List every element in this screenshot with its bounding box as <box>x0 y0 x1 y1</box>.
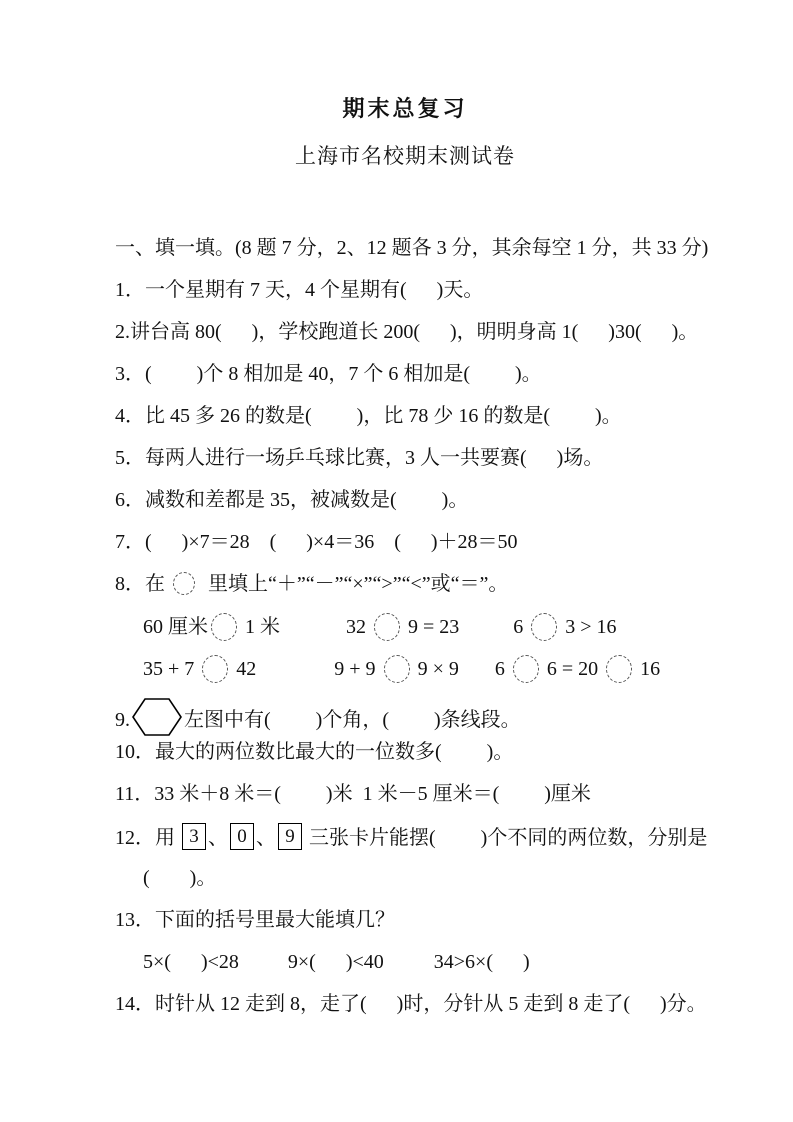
text-segment: 3．( )个 8 相加是 40，7 个 6 相加是( )。 <box>115 363 542 385</box>
text-segment: 4．比 45 多 26 的数是( )，比 78 少 16 的数是( )。 <box>115 405 622 427</box>
question-8-row-2: 35 + 7 429 + 9 9 × 96 6 = 20 16 <box>115 655 705 681</box>
text-segment: 13．下面的括号里最大能填几？ <box>115 909 395 931</box>
text-segment: 9. <box>115 709 130 731</box>
blank-circle-icon <box>211 613 237 641</box>
text-segment: 60 厘米 <box>143 616 208 638</box>
question-5: 5．每两人进行一场乒乓球比赛，3 人一共要赛( )场。 <box>115 445 705 471</box>
text-segment: 、 <box>208 827 228 849</box>
text-segment: 14．时针从 12 走到 8，走了( )时，分针从 5 走到 8 走了( )分。 <box>115 993 707 1015</box>
text-segment: 1 米 <box>240 616 280 638</box>
text-segment: 一、填一填。(8 题 7 分，2、12 题各 3 分，其余每空 1 分，共 33… <box>115 237 708 259</box>
question-12-continued: ( )。 <box>115 865 705 891</box>
question-6: 6．减数和差都是 35，被减数是( )。 <box>115 487 705 513</box>
text-segment: 2.讲台高 80( )，学校跑道长 200( )，明明身高 1( )30( )。 <box>115 321 698 343</box>
question-9: 9.左图中有( )个角，( )条线段。 <box>115 697 705 723</box>
question-4: 4．比 45 多 26 的数是( )，比 78 少 16 的数是( )。 <box>115 403 705 429</box>
text-segment: 16 <box>635 658 660 680</box>
question-14: 14．时针从 12 走到 8，走了( )时，分针从 5 走到 8 走了( )分。 <box>115 991 705 1017</box>
text-segment: 6 <box>513 616 528 638</box>
text-segment: 12．用 <box>115 827 180 849</box>
question-2: 2.讲台高 80( )，学校跑道长 200( )，明明身高 1( )30( )。 <box>115 319 705 345</box>
text-segment: 6 <box>495 658 510 680</box>
text-segment: 8．在 <box>115 573 170 595</box>
text-segment: 35 + 7 <box>143 658 199 680</box>
text-segment: 9 = 23 <box>403 616 459 638</box>
question-13-row: 5×( )<289×( )<4034>6×( ) <box>115 949 705 975</box>
text-segment: 1．一个星期有 7 天，4 个星期有( )天。 <box>115 279 483 301</box>
text-segment: 9 + 9 <box>334 658 380 680</box>
paper-subtitle: 上海市名校期末测试卷 <box>115 143 695 169</box>
question-7: 7．( )×7＝28 ( )×4＝36 ( )＋28＝50 <box>115 529 705 555</box>
text-segment: 三张卡片能摆( )个不同的两位数，分别是 <box>304 827 707 849</box>
text-segment: 5．每两人进行一场乒乓球比赛，3 人一共要赛( )场。 <box>115 447 603 469</box>
text-segment: 5×( )<28 <box>143 951 239 973</box>
question-8: 8．在 里填上“＋”“－”“×”“>”“<”或“＝”。 <box>115 571 705 597</box>
blank-circle-icon <box>606 655 632 683</box>
hexagon-icon <box>131 697 183 737</box>
text-segment: 6．减数和差都是 35，被减数是( )。 <box>115 489 468 511</box>
text-segment: 里填上“＋”“－”“×”“>”“<”或“＝”。 <box>198 573 508 595</box>
text-segment: 6 = 20 <box>542 658 603 680</box>
number-card: 0 <box>230 823 254 850</box>
blank-circle-icon <box>531 613 557 641</box>
text-segment: 10．最大的两位数比最大的一位数多( )。 <box>115 741 513 763</box>
blank-circle-icon <box>202 655 228 683</box>
question-3: 3．( )个 8 相加是 40，7 个 6 相加是( )。 <box>115 361 705 387</box>
blank-circle-icon <box>384 655 410 683</box>
text-segment: 42 <box>231 658 256 680</box>
text-segment: 、 <box>256 827 276 849</box>
text-segment: 7．( )×7＝28 ( )×4＝36 ( )＋28＝50 <box>115 531 518 553</box>
number-card: 9 <box>278 823 302 850</box>
text-segment: 11．33 米＋8 米＝( )米 1 米－5 厘米＝( )厘米 <box>115 783 591 805</box>
text-segment: ( )。 <box>143 867 216 889</box>
text-segment: 32 <box>346 616 371 638</box>
section-heading: 一、填一填。(8 题 7 分，2、12 题各 3 分，其余每空 1 分，共 33… <box>115 235 705 261</box>
question-11: 11．33 米＋8 米＝( )米 1 米－5 厘米＝( )厘米 <box>115 781 705 807</box>
question-list: 一、填一填。(8 题 7 分，2、12 题各 3 分，其余每空 1 分，共 33… <box>115 235 705 1017</box>
question-12: 12．用 3、0、9 三张卡片能摆( )个不同的两位数，分别是 <box>115 823 705 849</box>
text-segment: 左图中有( )个角，( )条线段。 <box>184 709 521 731</box>
text-segment: 34>6×( ) <box>434 951 530 973</box>
text-segment: 3 > 16 <box>560 616 616 638</box>
number-card: 3 <box>182 823 206 850</box>
text-segment: 9 × 9 <box>413 658 459 680</box>
question-8-row-1: 60 厘米 1 米32 9 = 236 3 > 16 <box>115 613 705 639</box>
question-10: 10．最大的两位数比最大的一位数多( )。 <box>115 739 705 765</box>
text-segment: 9×( )<40 <box>288 951 384 973</box>
blank-circle-icon <box>513 655 539 683</box>
test-paper-page: 期末总复习 上海市名校期末测试卷 一、填一填。(8 题 7 分，2、12 题各 … <box>0 0 793 1122</box>
blank-circle-icon <box>374 613 400 641</box>
question-1: 1．一个星期有 7 天，4 个星期有( )天。 <box>115 277 705 303</box>
paper-title: 期末总复习 <box>115 96 695 122</box>
blank-circle-icon <box>173 572 195 595</box>
question-13: 13．下面的括号里最大能填几？ <box>115 907 705 933</box>
